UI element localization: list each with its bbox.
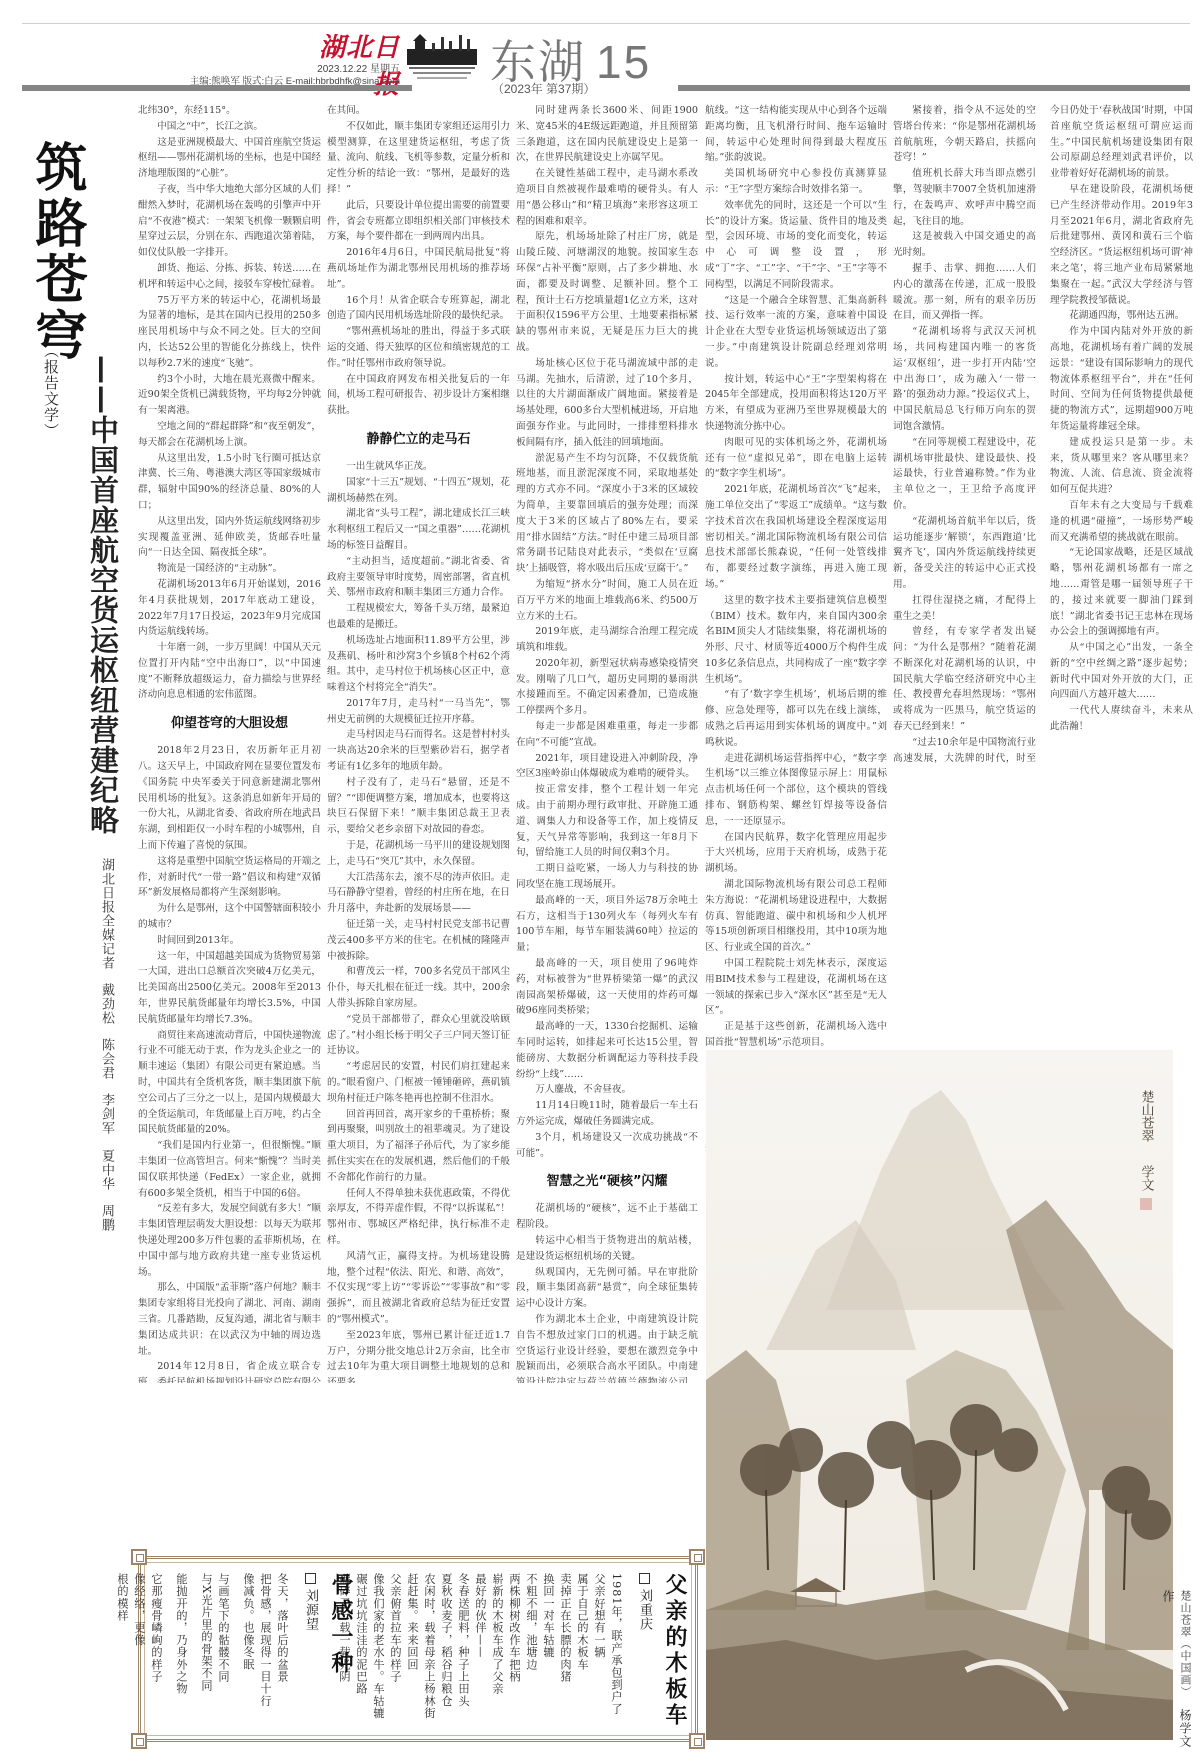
poem-author: 刘重庆 xyxy=(635,1573,654,1733)
poem-line: 把骨感，展现得一目十行 xyxy=(257,1573,274,1733)
paragraph: 同时建两条长3600米、间距1900米、宽45米的4E级远距跑道，并且预留第三条… xyxy=(516,103,698,166)
paragraph: 2021年底，花湖机场首次“飞”起来，施工单位交出了“零返工”成绩单。“这与数字… xyxy=(705,482,887,593)
paragraph: 紧接着，指令从不远处的空管塔台传来：“你是鄂州花湖机场首航航班，今朝天路启，扶摇… xyxy=(893,103,1036,166)
paragraph: 百年未有之大变局与千载难逢的机遇“碰撞”，一场形势严峻而又充满希望的挑战就在眼前… xyxy=(1050,498,1193,545)
paragraph: 握手、击掌、拥抱……人们内心的激荡在传递，汇成一股股暖流。那一刻，所有的艰辛历历… xyxy=(893,261,1036,324)
poem-line: 根的模样 xyxy=(114,1573,131,1733)
paragraph: 花湖通四海，鄂州达五洲。 xyxy=(1050,308,1193,324)
paragraph: 转运中心相当于货物进出的航站楼，是建设货运枢纽机场的关键。 xyxy=(516,1233,698,1265)
paragraph: 值班机长薛大玮当即点燃引擎，驾驶顺丰7007全货机加速滑行，在轰鸣声、欢呼声中腾… xyxy=(893,166,1036,229)
article-subtitle: ——中国首座航空货运枢纽营建纪略 xyxy=(85,355,121,835)
paragraph: “主动担当，适度超前。”湖北省委、省政府主要领导审时度势，周密部署，省直机关、鄂… xyxy=(327,554,510,601)
author: 夏中华 xyxy=(99,1149,114,1191)
section-heading: 智慧之光“硬核”闪耀 xyxy=(516,1173,698,1191)
paragraph: 机场选址占地面积11.89平方公里，涉及燕矶、杨叶和沙窝3个乡镇8个村62个湾组… xyxy=(327,633,510,696)
paragraph: 为什么是鄂州，这个中国警辖面积较小的城市？ xyxy=(138,901,321,933)
paragraph: 最高峰的一天，1330台挖掘机、运输车同时运转，如排起来可长达15公里，智能磅房… xyxy=(516,1019,698,1082)
poem-fathers-cart: 父亲的木板车刘重庆1981年，联产承包到户了父亲好想有一辆属于自己的木板车卖掉正… xyxy=(336,1573,691,1733)
poem-line: 像减负。也像冬眠 xyxy=(240,1573,257,1733)
paragraph: “这是一个融合全球智慧、汇集高新科技、运行效率一流的方案，意味着中国设计企业在大… xyxy=(705,293,887,372)
paragraph: 约3个小时，大地在晨光熹微中醒来。近90架全货机已满载货物，平均每2分钟就有一架… xyxy=(138,372,321,419)
poem-line: 父亲俯首拉车的样子 xyxy=(387,1573,404,1733)
paragraph: 纵观国内，无先例可循。早在审批阶段，顺丰集团高薪“悬赏”，向全球征集转运中心设计… xyxy=(516,1265,698,1312)
article-column-4: 航线。“这一结构能实现从中心到各个远端距离均衡，且飞机滑行时间、拖车运输时间，转… xyxy=(705,103,887,1153)
frame-corner-ornament xyxy=(689,1549,705,1565)
paragraph: 风清气正，赢得支持。为机场建设腾地，整个过程“依法、阳光、和谐、高效”，不仅实现… xyxy=(327,1249,510,1328)
byline: 湖北日报全媒记者 戴劲松 陈会君 李剑军 夏中华 周鹏 xyxy=(86,858,116,1240)
poem-title: 父亲的木板车 xyxy=(660,1573,691,1733)
poem-line: 冬春送肥料，种子上田头 xyxy=(455,1573,472,1733)
paragraph: 工期日益吃紧，一场人力与科技的协同攻坚在施工现场展开。 xyxy=(516,861,698,893)
paragraph: 和曹茂云一样，700多名党员干部风尘仆仆，每天扎根在征迁一线。其中，200余人带… xyxy=(327,964,510,1011)
poem-line: 父亲好想有一辆 xyxy=(591,1573,608,1733)
masthead: 湖北日报 2023.12.22 星期五 主编:熊唤军 版式:白云 E-mail:… xyxy=(0,0,1200,100)
paragraph: 万人鏖战，不舍昼夜。 xyxy=(516,1082,698,1098)
poetry-box: 父亲的木板车刘重庆1981年，联产承包到户了父亲好想有一辆属于自己的木板车卖掉正… xyxy=(138,1556,698,1742)
paragraph: 这里的数字技术主要指建筑信息模型（BIM）技术。数年内，来自国内300余名BIM… xyxy=(705,593,887,688)
poem-line: 能抛开的，乃身外之物 xyxy=(173,1573,190,1733)
frame-corner-ornament xyxy=(689,1733,705,1749)
poem-line: 夏秋收麦子，稻谷归粮仓 xyxy=(438,1573,455,1733)
paragraph: 村子没有了，走马石“悬留，还是不留？”“即便调整方案，增加成本，也要将这块巨石保… xyxy=(327,775,510,838)
masthead-top-rule xyxy=(22,23,1190,24)
paragraph: 2014年12月8日，省企成立联合专班，委托民航机场规划设计研究总院有限公司启动… xyxy=(138,1359,321,1383)
author: 戴劲松 xyxy=(99,983,114,1025)
paragraph: “我们是国内行业第一，但很惭愧。”顺丰集团一位高管坦言。何来“惭愧”？当时美国仅… xyxy=(138,1138,321,1201)
poem-line: 与X光片里的骨架不同 xyxy=(198,1573,215,1733)
poem-line: 它那瘦骨嶙峋的样子 xyxy=(148,1573,165,1733)
paragraph: 最高峰的一天，项目外运78万余吨土石方，这相当于130列火车（每列火车有100节… xyxy=(516,893,698,956)
paragraph: 作为湖北本土企业，中南建筑设计院自告不想放过家门口的机遇。由于缺乏航空货运行业设… xyxy=(516,1312,698,1383)
paragraph: 从这里出发，国内外货运航线网络初步实现覆盖亚洲、延伸欧美，货邮吞吐量向“一日达全… xyxy=(138,514,321,561)
paragraph: 工程规模宏大，筹备千头万绪，最紧迫也最难的是搬迁。 xyxy=(327,601,510,633)
section-heading: 静静伫立的走马石 xyxy=(327,431,510,449)
author: 陈会君 xyxy=(99,1038,114,1080)
paragraph: “反差有多大，发展空间就有多大！”顺丰集团管理层萌发大胆设想：以每天为联邦快递处… xyxy=(138,1201,321,1280)
paragraph: “考虑居民的安置，村民们肩扛建起来的。”眼看窗户、门框被一锤锤砸碎，燕矶镇坝角村… xyxy=(327,1059,510,1106)
paragraph: 3个月，机场建设又一次成功挑战“不可能”。 xyxy=(516,1130,698,1162)
paragraph: 在其间。 xyxy=(327,103,510,119)
paragraph: 75万平方米的转运中心，花湖机场最为显著的地标，是其在国内已投用的250多座民用… xyxy=(138,293,321,372)
paragraph: 从“中国之心”出发，一条全新的“空中丝绸之路”逐步起势；新时代中国对外开放的大门… xyxy=(1050,640,1193,703)
paragraph: 那么，中国版“孟菲斯”落户何地？顺丰集团专家组将目光投向了湖北、河南、湖南三省。… xyxy=(138,1280,321,1359)
poem-line: 与画笔下的骷髅不同 xyxy=(215,1573,232,1733)
paragraph: 这是亚洲规模最大、中国首座航空货运枢纽——鄂州花湖机场的坐标，也是中国经济地理版… xyxy=(138,135,321,182)
paragraph: 2018年2月23日，农历新年正月初八。这天早上，中国政府网在显要位置发布《国务… xyxy=(138,743,321,854)
poem-line: 冬天，落叶后的盆景 xyxy=(274,1573,291,1733)
paragraph: 在中国政府网发布相关批复后的一年间，机场工程可研报告、初步设计方案相继获批。 xyxy=(327,372,510,419)
paragraph: 美国机场研究中心参投仿真测算显示：“王”字型方案综合时效排名第一。 xyxy=(705,166,887,198)
paragraph: 正是基于这些创新，花湖机场入选中国首批“智慧机场”示范项目。 xyxy=(705,1019,887,1051)
paragraph: 淤泥易产生不均匀沉降，不仅载货航班地基，而且淤泥深度不同，采取地基处理的方式亦不… xyxy=(516,451,698,577)
paragraph: 11月14日晚11时，随着最后一车土石方外运完成，爆破任务圆满完成。 xyxy=(516,1098,698,1130)
paragraph: 原先，机场场址除了村庄厂房，就是山陵丘陵、河塘湖汊的地貌。按国家生态环保“占补平… xyxy=(516,229,698,355)
paragraph: 场址核心区位于花马湖流域中部的走马湖。先抽水，后清淤，过了10个多月，以往的大片… xyxy=(516,356,698,451)
landscape-painting: 楚山苍翠 学文 xyxy=(706,1050,1173,1740)
poem-line: 像经络，更像 xyxy=(131,1573,148,1733)
paragraph: 至2023年底，鄂州已累计征迁近1.7万户，分期分批交地总计2万余亩，比全市过去… xyxy=(327,1328,510,1383)
poem-author: 刘源望 xyxy=(301,1573,320,1733)
paragraph: 一出生就风华正茂。 xyxy=(327,459,510,475)
paragraph: “有了‘数字孪生机场’，机场后期的维修、应急处理等，都可以先在线上演练，成熟之后… xyxy=(705,687,887,750)
paragraph: 空地之间的“群起群降”和“夜至朝发”，每天都会在花湖机场上演。 xyxy=(138,419,321,451)
paragraph: 走马村因走马石而得名。这是替村村头一块高达20余米的巨型紫砂岩石，据学者考证有1… xyxy=(327,727,510,774)
paragraph: 时间回到2013年。 xyxy=(138,933,321,949)
paragraph: 从这里出发，1.5小时飞行圈可抵达京津冀、长三角、粤港澳大湾区等国家级城市群，辐… xyxy=(138,451,321,514)
paragraph: 在关键性基础工程中，走马湖水系改造项目自然被视作最难啃的硬骨头。有人用“愚公移山… xyxy=(516,166,698,229)
paragraph: 于是，花湖机场一马平川的建设规划图上，走马石“突兀”其中，永久保留。 xyxy=(327,838,510,870)
paragraph: 早在建设阶段，花湖机场便已产生经济带动作用。2019年3月至2021年6月，湖北… xyxy=(1050,182,1193,308)
paragraph: 在国内民航界，数字化管理应用起步于大兴机场，应用于天府机场，成熟于花湖机场。 xyxy=(705,830,887,877)
paragraph: “无论国家战略，还是区域战略，鄂州花湖机场都有一席之地……甭管是哪一届领导班子干… xyxy=(1050,545,1193,640)
paragraph: 物流是一国经济的“主动脉”。 xyxy=(138,561,321,577)
paragraph: 2016年4月6日，中国民航局批复“将燕矶场址作为湖北鄂州民用机场的推荐场址”。 xyxy=(327,245,510,292)
paragraph: 大江浩荡东去，滚不尽的涛声依旧。走马石静静守望着，曾经的村庄所在地，在日升月落中… xyxy=(327,870,510,917)
paragraph: 每走一步都是困难重重，每走一步都在向“不可能”宣战。 xyxy=(516,719,698,751)
paragraph: 2019年底，走马湖综合治理工程完成填筑和堆载。 xyxy=(516,624,698,656)
poem-title: 骨感一种 xyxy=(326,1573,357,1733)
poem-line: 两株柳树改作车把柄 xyxy=(506,1573,523,1733)
paragraph: “花湖机场首航半年以后，货运功能逐步‘解锁’，东西跑道‘比翼齐飞’，国内外货运航… xyxy=(893,514,1036,593)
paragraph: 2017年7月，走马村“一马当先”，鄂州史无前例的大规模征迁拉开序幕。 xyxy=(327,696,510,728)
frame-corner-ornament xyxy=(131,1733,147,1749)
poem-line: 赶赶集。来来回回 xyxy=(404,1573,421,1733)
author: 周鹏 xyxy=(99,1204,114,1232)
paragraph: 十年磨一剑，一步万里阔！中国从天元位置打开内陆“空中出海口”，以“中国速度”不断… xyxy=(138,640,321,703)
paragraph: 为缩短“挤水分”时间，施工人员在近百万平方米的地面上堆载高6米、约500万立方米… xyxy=(516,577,698,624)
paragraph: 肉眼可见的实体机场之外，花湖机场还有一位“虚拟兄弟”，即在电脑上运转的“数字孪生… xyxy=(705,435,887,482)
paragraph: 这将是重塑中国航空货运格局的开端之作，对新时代“一带一路”倡议和构建“双循环”新… xyxy=(138,854,321,901)
poem-line: 卖掉正在长膘的肉猪 xyxy=(557,1573,574,1733)
paragraph: 这一年，中国超越美国成为货物贸易第一大国，进出口总额首次突破4万亿美元，比美国高… xyxy=(138,949,321,1028)
paragraph: 按计划，转运中心“王”字型架构将在2045年全部建成，投用面积将达120万平方米… xyxy=(705,372,887,435)
article-column-3: 同时建两条长3600米、间距1900米、宽45米的4E级远距跑道，并且预留第三条… xyxy=(516,103,698,1383)
paragraph: 国家“十三五”规划、“十四五”规划，花湖机场赫然在列。 xyxy=(327,475,510,507)
paragraph: 任何人不得单独未获优惠政策，不得优亲厚友，不得弄虚作假，不得“以拆谋私”！鄂州市… xyxy=(327,1186,510,1249)
article-column-1: 北纬30°，东经115°。中国之“中”，长江之滨。这是亚洲规模最大、中国首座航空… xyxy=(138,103,321,1383)
paragraph: 航线。“这一结构能实现从中心到各个远端距离均衡，且飞机滑行时间、拖车运输时间，转… xyxy=(705,103,887,166)
paragraph: 曾经，有专家学者发出疑问：“为什么是鄂州？”随着花湖不断深化对花湖机场的认识，中… xyxy=(893,624,1036,735)
paragraph: 湖北省“头号工程”，湖北建成长江三峡水利枢纽工程后又一“国之重器”……花湖机场的… xyxy=(327,506,510,553)
paragraph: 最高峰的一天，项目使用了96吨炸药，对标被誉为“世界桥梁第一爆”的武汉南园高架桥… xyxy=(516,956,698,1019)
section-heading: 仰望苍穹的大胆设想 xyxy=(138,715,321,733)
paragraph: “鄂州燕机场址的胜出，得益于多式联运的交通、得天独厚的区位和缜密规范的工作。”时… xyxy=(327,324,510,371)
masthead-bar-left xyxy=(22,85,412,91)
poem-line: 属于自己的木板车 xyxy=(574,1573,591,1733)
paragraph: 子夜，当中华大地绝大部分区域的人们酣然入梦时，花湖机场在轰鸣的引擎声中开启“不夜… xyxy=(138,182,321,261)
poem-line: 换回一对车轱辘 xyxy=(540,1573,557,1733)
frame-corner-ornament xyxy=(131,1549,147,1565)
paragraph: 效率优先的同时，这还是一个可以“生长”的设计方案。货运量、货件目的地及类型，会因… xyxy=(705,198,887,293)
paragraph: 征迁第一关，走马村村民党支部书记曹茂云400多平方米的住宅。在机械的隆隆声中被拆… xyxy=(327,917,510,964)
page-number: 15 xyxy=(596,36,651,88)
poem-line: 农闲时，载着母亲上杨林街 xyxy=(421,1573,438,1733)
paragraph: 作为中国内陆对外开放的新高地，花湖机场有着广阔的发展远景：“建设有国际影响力的现… xyxy=(1050,324,1193,435)
paragraph: 不仅如此，顺丰集团专家组还运用引力模型测算，在这里建货运枢纽，考虑了货量、流向、… xyxy=(327,119,510,198)
seal-stamp-icon xyxy=(1140,1198,1152,1210)
paragraph: 花湖机场的“硬核”，远不止于基础工程阶段。 xyxy=(516,1201,698,1233)
paragraph: “在同等规模工程建设中，花湖机场审批最快、建设最快、投运最快，行业普遍称赞。”作… xyxy=(893,435,1036,514)
paragraph: 回首再回首，离开家乡的千重桥桥；聚到再聚聚，叫别故土的祖辈魂灵。为了建设重大项目… xyxy=(327,1107,510,1186)
article-column-5: 紧接着，指令从不远处的空管塔台传来：“你是鄂州花湖机场首航航班，今朝天路启，扶摇… xyxy=(893,103,1193,1043)
paragraph: 2020年初，新型冠状病毒感染疫情突发。刚喘了几口气，超历史同期的暴雨洪水接踵而… xyxy=(516,656,698,719)
landscape-painting-artwork: 楚山苍翠 学文 xyxy=(706,1050,1173,1740)
author: 李剑军 xyxy=(99,1093,114,1135)
article-title: 筑路苍穹 xyxy=(26,140,86,364)
poem-line: 崭新的木板车成了父亲 xyxy=(489,1573,506,1733)
paragraph: “党员干部都带了，群众心里就没啥顾虑了。”村小组长杨于明父子三户同天签订征迁协议… xyxy=(327,1012,510,1059)
painting-title: 楚山苍翠（中国画） xyxy=(1179,1590,1192,1698)
paragraph: 中国之“中”，长江之滨。 xyxy=(138,119,321,135)
article-genre: （报告文学） xyxy=(38,343,62,439)
poem-bone-feeling: 骨感一种刘源望冬天，落叶后的盆景把骨感，展现得一目十行像减负。也像冬眠与画笔下的… xyxy=(114,1573,357,1733)
painting-caption: 楚山苍翠（中国画） 杨学文 作 xyxy=(1178,1590,1194,1753)
svg-text:学文: 学文 xyxy=(1139,1165,1155,1191)
poem-line: 像我们家的老水牛。车轱辘 xyxy=(370,1573,387,1733)
paragraph: 中国工程院院士刘先林表示，深度运用BIM技术参与工程建设，花湖机场在这一领域的探… xyxy=(705,956,887,1019)
paragraph: 按正常安排，整个工程计划一年完成。由于前期办理行政审批、开辟施工通道、调集人力和… xyxy=(516,782,698,861)
issue-number: （2023年 第37期） xyxy=(492,80,595,97)
paragraph: 湖北国际物流机场有限公司总工程师朱方海说：“花湖机场建设进程中，大数据仿真、智能… xyxy=(705,877,887,956)
poem-line: 1981年，联产承包到户了 xyxy=(608,1573,625,1733)
paragraph: 这是被载入中国交通史的高光时刻。 xyxy=(893,229,1036,261)
paragraph: 此后，只要设计单位提出需要的前置要件，省会专班都立即组织相关部门审核技术方案，每… xyxy=(327,198,510,245)
paragraph: 走进花湖机场运营指挥中心，“数字孪生机场”以三维立体图像显示屏上：用鼠标点击机场… xyxy=(705,751,887,830)
poem-line: 不粗不细，池塘边 xyxy=(523,1573,540,1733)
paragraph: 2021年，项目建设进入冲刺阶段，净空区3座岭峁山体爆破成为难啃的硬骨头。 xyxy=(516,751,698,783)
paragraph: “花湖机场将与武汉天河机场，共同构建国内唯一的客货运‘双枢纽’，进一步打开内陆‘… xyxy=(893,324,1036,435)
paragraph: 16个月！从省企联合专班算起，湖北创造了国内民用机场选址阶段的最快纪录。 xyxy=(327,293,510,325)
paragraph: 花湖机场2013年6月开始谋划，2016年4月获批规划，2017年底动工建设，2… xyxy=(138,577,321,640)
paragraph: 商贸往来高速流动背后，中国快递物流行业不可能无动于衷，作为龙头企业之一的顺丰速运… xyxy=(138,1028,321,1139)
masthead-bar-right xyxy=(678,85,1190,91)
byline-label: 湖北日报全媒记者 xyxy=(99,858,114,970)
paragraph: 北纬30°，东经115°。 xyxy=(138,103,321,119)
paragraph: 建成投运只是第一步。未来，货从哪里来？客从哪里来？物流、人流、信息流、资金流将如… xyxy=(1050,435,1193,498)
paragraph: 扛得住湿挠之痛，才配得上重生之美！ xyxy=(893,593,1036,625)
article-column-2: 在其间。不仅如此，顺丰集团专家组还运用引力模型测算，在这里建货运枢纽，考虑了货量… xyxy=(327,103,510,1383)
poem-line: 最好的伙伴—— xyxy=(472,1573,489,1733)
paragraph: 卸货、拖运、分拣、拆装、转送……在机坪和转运中心之间，接驳车穿梭忙碌着。 xyxy=(138,261,321,293)
paragraph: 一代代人赓续奋斗，未来从此浩瀚！ xyxy=(1050,703,1193,735)
painting-inscription: 楚山苍翠 xyxy=(1139,1089,1155,1142)
